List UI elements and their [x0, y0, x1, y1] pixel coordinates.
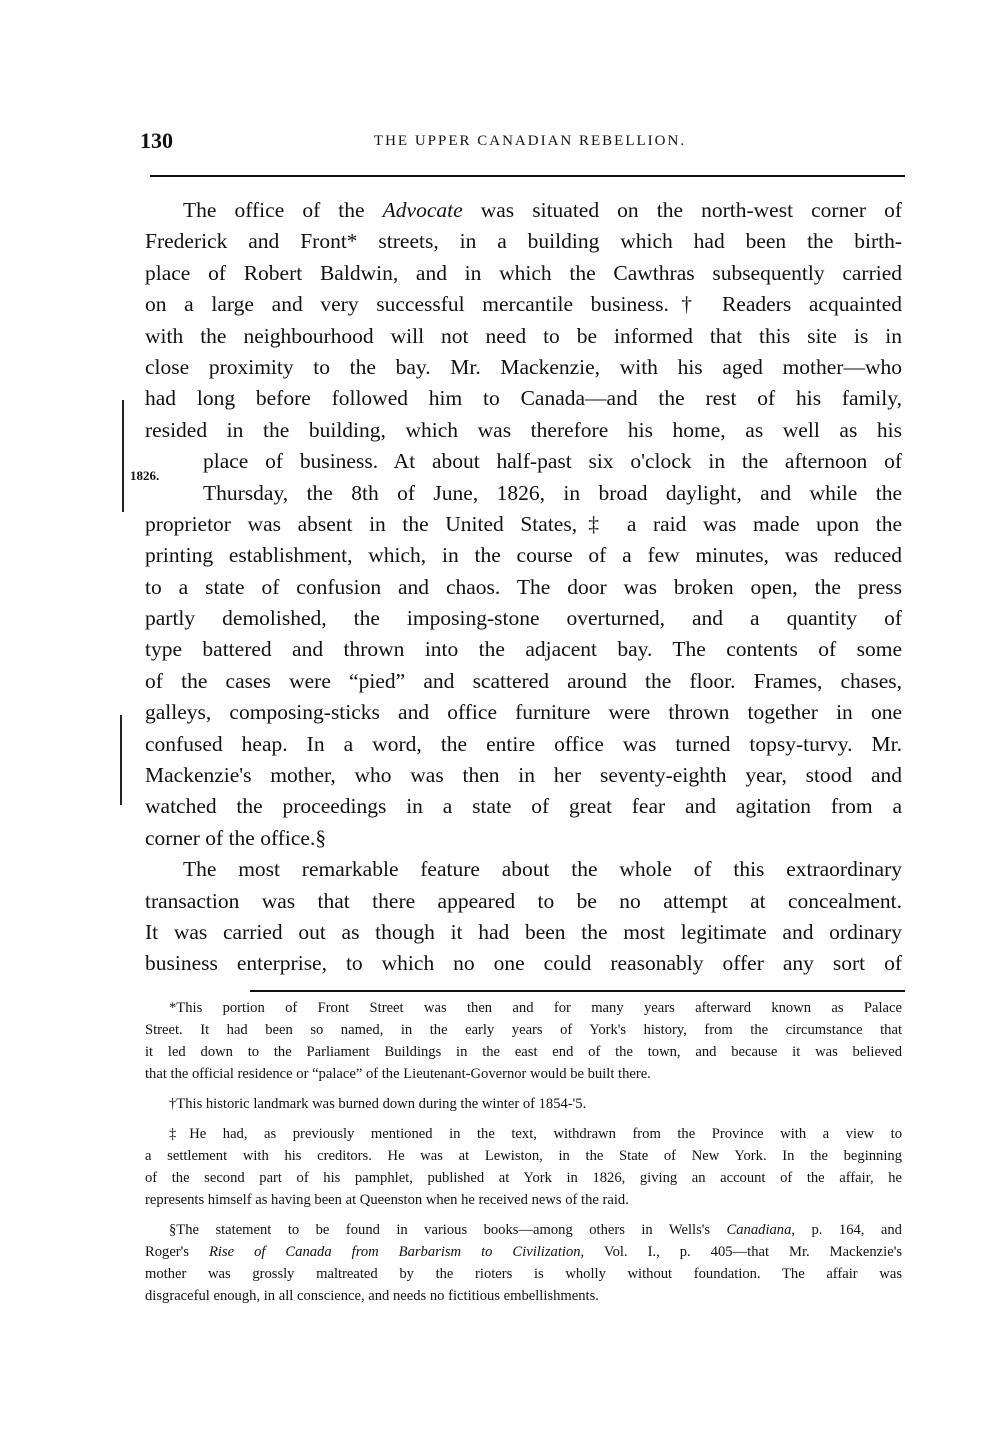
body-line: on a large and very successful mercantil… — [145, 289, 902, 320]
body-line: It was carried out as though it had been… — [145, 917, 902, 948]
body-line: Mackenzie's mother, who was then in her … — [145, 760, 902, 791]
body-text: The office of the Advocate was situated … — [145, 195, 902, 980]
footnote-star: *This portion of Front Street was then a… — [145, 997, 902, 1085]
italic-title: Rise of Canada from Barbarism to Civiliz… — [209, 1244, 581, 1260]
footnote-line: of the second part of his pamphlet, publ… — [145, 1167, 902, 1189]
body-line: The office of the Advocate was situated … — [145, 195, 902, 226]
page-header: 130 THE UPPER CANADIAN REBELLION. — [140, 128, 920, 158]
body-line: proprietor was absent in the United Stat… — [145, 509, 902, 540]
body-line: galleys, composing-sticks and office fur… — [145, 697, 902, 728]
italic-title: Advocate — [383, 198, 463, 222]
footnote-rule — [250, 990, 905, 992]
book-page: 130 THE UPPER CANADIAN REBELLION. 1826. … — [0, 0, 1007, 1456]
margin-bracket — [122, 400, 124, 512]
footnote-line: §The statement to be found in various bo… — [145, 1219, 902, 1241]
text-run: , Vol. I., p. 405—that Mr. Mackenzie's — [581, 1244, 902, 1260]
body-line: corner of the office.§ — [145, 823, 902, 854]
footnotes: *This portion of Front Street was then a… — [145, 997, 902, 1315]
body-line: printing establishment, which, in the co… — [145, 540, 902, 571]
body-line: place of Robert Baldwin, and in which th… — [145, 258, 902, 289]
body-line: watched the proceedings in a state of gr… — [145, 791, 902, 822]
body-line: confused heap. In a word, the entire off… — [145, 729, 902, 760]
footnote-line: †This historic landmark was burned down … — [145, 1093, 902, 1115]
body-line: resided in the building, which was there… — [145, 415, 902, 446]
footnote-line: ‡He had, as previously mentioned in the … — [145, 1123, 902, 1145]
footnote-line: a settlement with his creditors. He was … — [145, 1145, 902, 1167]
running-head: THE UPPER CANADIAN REBELLION. — [140, 133, 920, 150]
body-line: Frederick and Front* streets, in a build… — [145, 226, 902, 257]
footnote-line: Roger's Rise of Canada from Barbarism to… — [145, 1241, 902, 1263]
footnote-line: represents himself as having been at Que… — [145, 1189, 902, 1211]
italic-title: Canadiana — [727, 1222, 792, 1238]
footnote-double-dagger: ‡He had, as previously mentioned in the … — [145, 1123, 902, 1211]
body-line: with the neighbourhood will not need to … — [145, 321, 902, 352]
footnote-section: §The statement to be found in various bo… — [145, 1219, 902, 1307]
body-line: The most remarkable feature about the wh… — [145, 854, 902, 885]
body-line: partly demolished, the imposing-stone ov… — [145, 603, 902, 634]
body-line: close proximity to the bay. Mr. Mackenzi… — [145, 352, 902, 383]
body-line: had long before followed him to Canada—a… — [145, 383, 902, 414]
body-line: type battered and thrown into the adjace… — [145, 634, 902, 665]
text-run: Roger's — [145, 1244, 209, 1260]
text-run: , p. 164, and — [791, 1222, 902, 1238]
footnote-line: *This portion of Front Street was then a… — [145, 997, 902, 1019]
footnote-line: disgraceful enough, in all conscience, a… — [145, 1285, 902, 1307]
body-line: Thursday, the 8th of June, 1826, in broa… — [145, 478, 902, 509]
footnote-line: Street. It had been so named, in the ear… — [145, 1019, 902, 1041]
text-run: The office of the — [183, 198, 383, 222]
body-line: place of business. At about half-past si… — [145, 446, 902, 477]
footnote-line: it led down to the Parliament Buildings … — [145, 1041, 902, 1063]
body-line: transaction was that there appeared to b… — [145, 886, 902, 917]
margin-bracket — [120, 715, 122, 805]
footnote-dagger: †This historic landmark was burned down … — [145, 1093, 902, 1115]
body-line: business enterprise, to which no one cou… — [145, 948, 902, 979]
header-rule — [150, 175, 905, 177]
text-run: §The statement to be found in various bo… — [169, 1222, 727, 1238]
footnote-line: that the official residence or “palace” … — [145, 1063, 902, 1085]
body-line: to a state of confusion and chaos. The d… — [145, 572, 902, 603]
footnote-line: mother was grossly maltreated by the rio… — [145, 1263, 902, 1285]
text-run: was situated on the north-west corner of — [463, 198, 902, 222]
body-line: of the cases were “pied” and scattered a… — [145, 666, 902, 697]
